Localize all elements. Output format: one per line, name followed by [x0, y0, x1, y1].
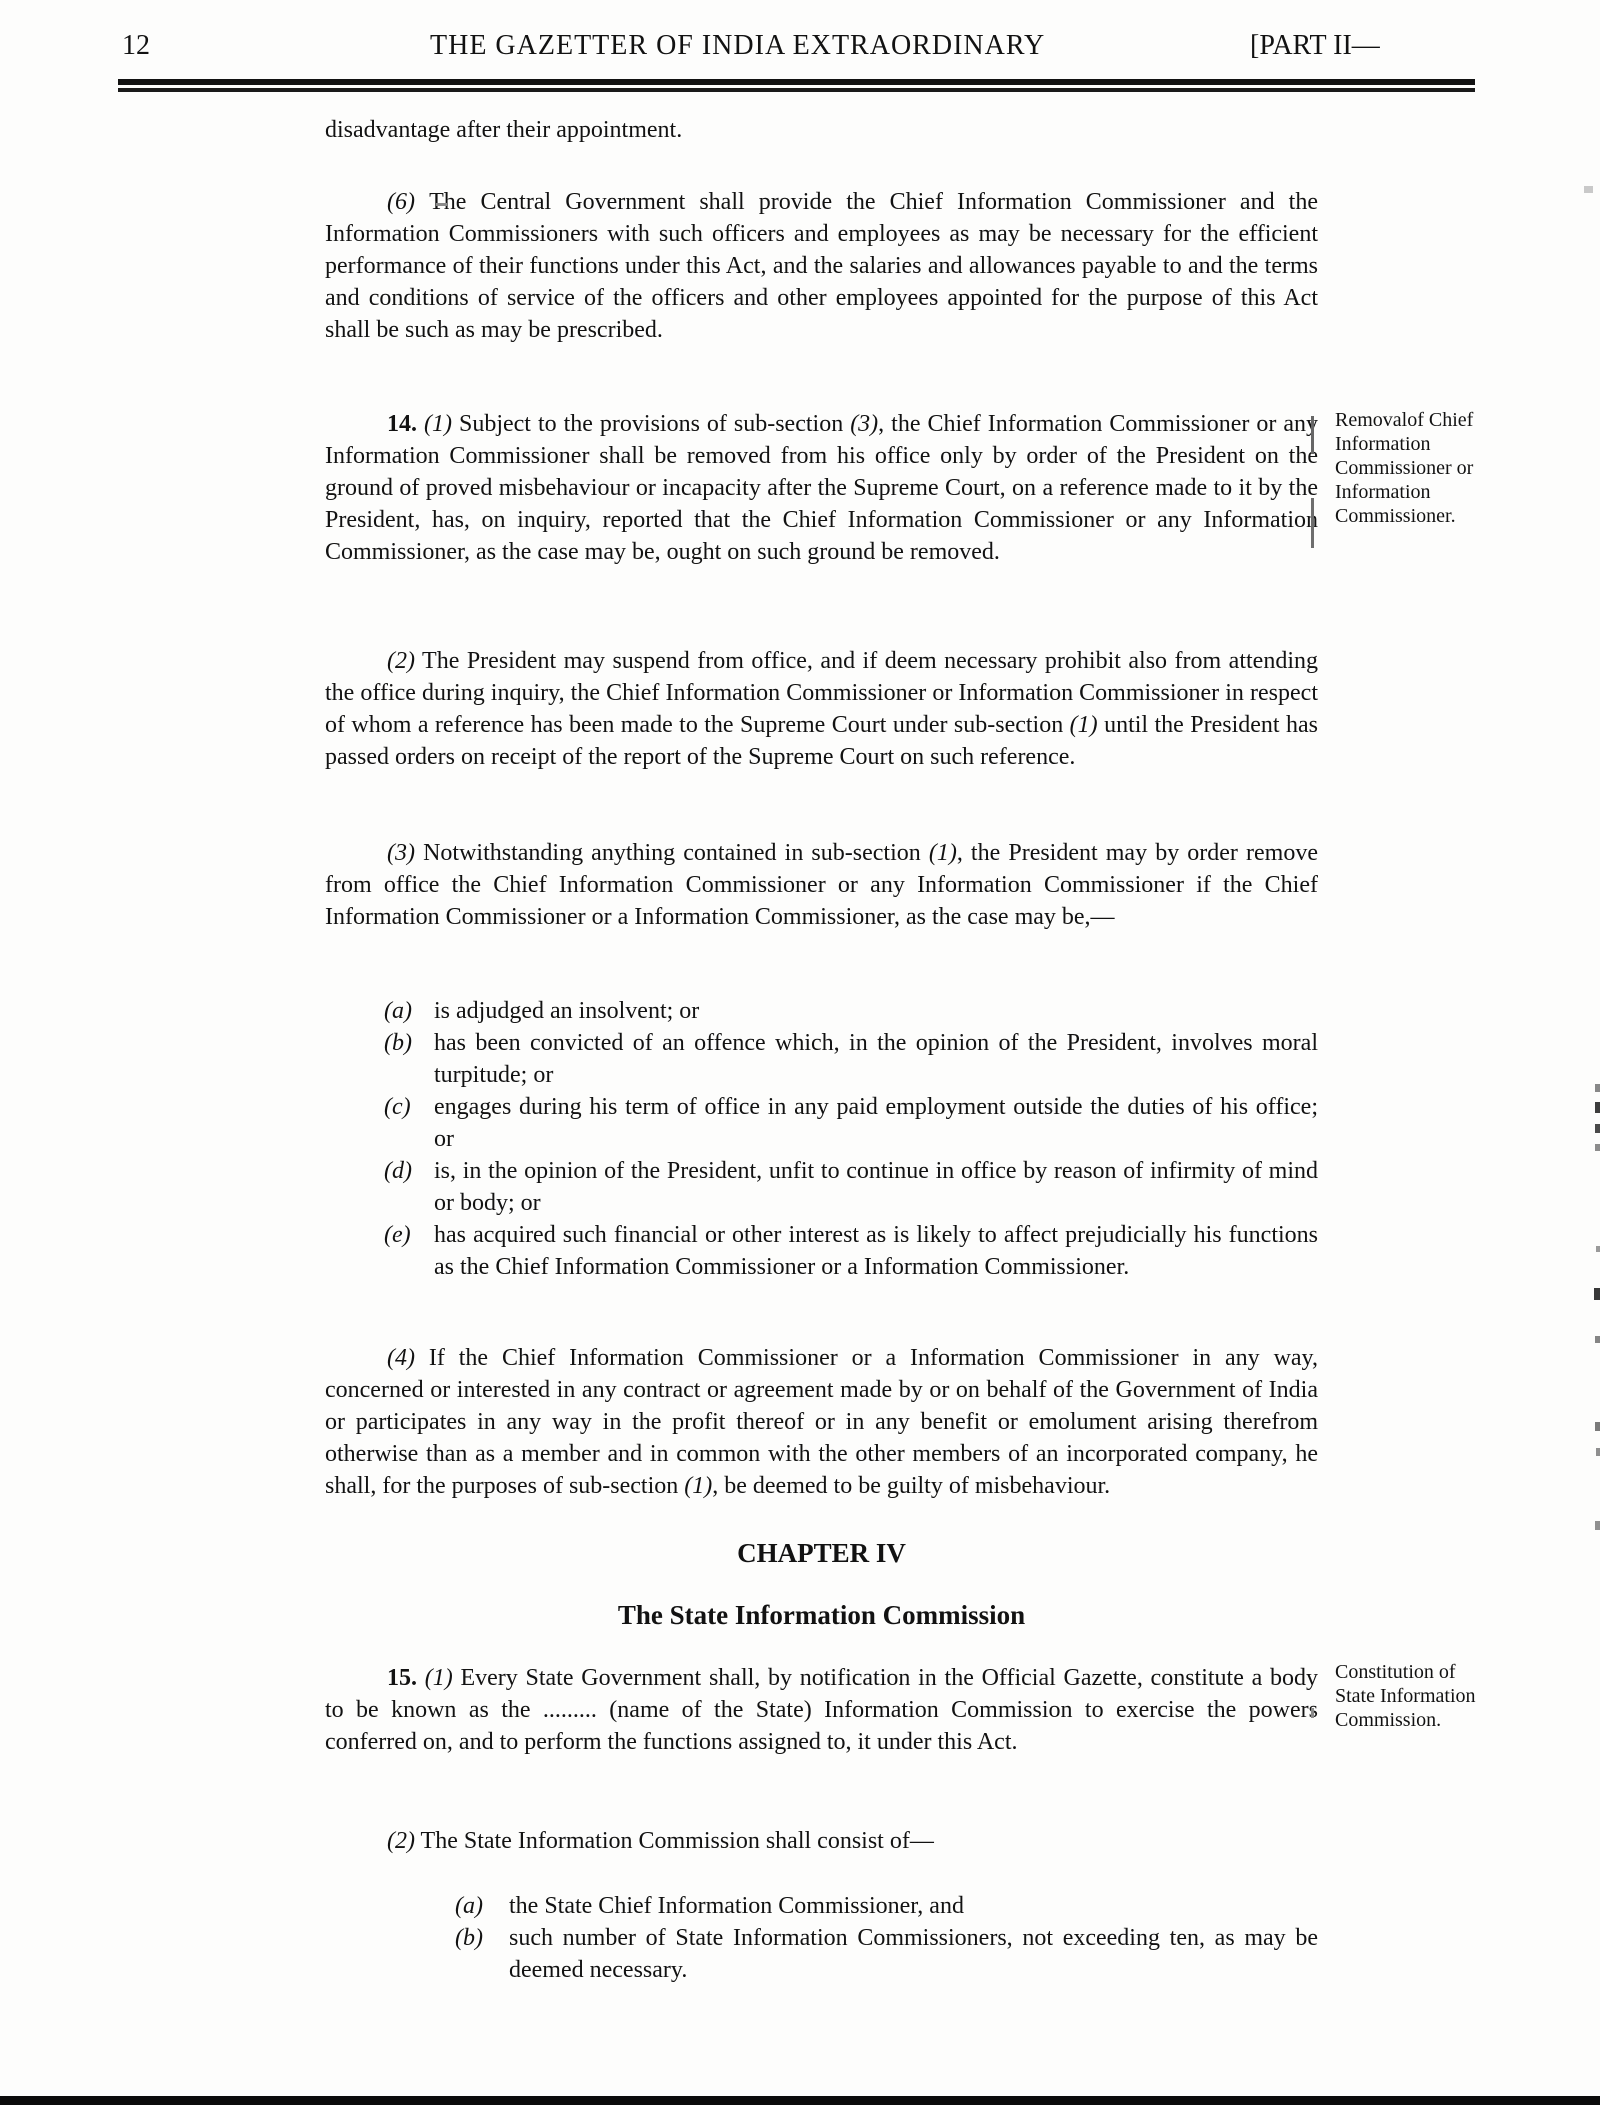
clause-letter: (c): [384, 1091, 411, 1123]
clause-text: has been convicted of an offence which, …: [434, 1030, 1318, 1088]
scan-artifact: [1596, 1246, 1600, 1252]
document-page: 12 THE GAZETTER OF INDIA EXTRAORDINARY […: [0, 0, 1600, 2105]
part-label: [PART II—: [1250, 30, 1380, 62]
scan-artifact: [1595, 1144, 1600, 1151]
scan-artifact: [1595, 1422, 1600, 1431]
list-item: (d) is, in the opinion of the President,…: [325, 1155, 1318, 1219]
clause-list-15: (a) the State Chief Information Commissi…: [325, 1890, 1318, 1986]
clause-letter: (e): [384, 1219, 411, 1251]
clause-text: such number of State Information Commiss…: [509, 1925, 1318, 1983]
scan-artifact: [436, 203, 447, 206]
scan-artifact: [1596, 1448, 1600, 1456]
scan-artifact: [1311, 1708, 1314, 1718]
scan-artifact: [1595, 1084, 1600, 1092]
scan-artifact: [1595, 1336, 1600, 1343]
margin-note-constitution: Constitution of State Information Commis…: [1335, 1660, 1499, 1732]
page-number: 12: [122, 30, 150, 62]
clause-text: is adjudged an insolvent; or: [434, 998, 699, 1024]
list-item: (a) is adjudged an insolvent; or: [325, 995, 1318, 1027]
clause-text: the State Chief Information Commissioner…: [509, 1893, 964, 1919]
paragraph-14-1: 14. (1) Subject to the provisions of sub…: [325, 408, 1318, 568]
clause-text: is, in the opinion of the President, unf…: [434, 1158, 1318, 1216]
list-item: (b) has been convicted of an offence whi…: [325, 1027, 1318, 1091]
clause-letter: (b): [455, 1922, 483, 1954]
paragraph-15-2: (2) The State Information Commission sha…: [325, 1825, 1318, 1857]
clause-letter: (a): [455, 1890, 483, 1922]
scan-artifact: [1311, 498, 1314, 548]
scan-artifact: [1595, 1124, 1600, 1133]
paragraph-continuation: disadvantage after their appointment.: [325, 114, 1318, 146]
list-item: (c) engages during his term of office in…: [325, 1091, 1318, 1155]
list-item: (a) the State Chief Information Commissi…: [325, 1890, 1318, 1922]
scan-edge-bar: [0, 2096, 1600, 2105]
clause-list-14: (a) is adjudged an insolvent; or (b) has…: [325, 995, 1318, 1283]
gazette-title: THE GAZETTER OF INDIA EXTRAORDINARY: [430, 30, 1045, 62]
clause-letter: (a): [384, 995, 412, 1027]
clause-letter: (d): [384, 1155, 412, 1187]
scan-artifact: [1594, 1288, 1600, 1300]
paragraph-6: (6) The Central Government shall provide…: [325, 186, 1318, 346]
margin-note-removal: Removalof Chief Information Commissioner…: [1335, 408, 1499, 528]
scan-artifact: [1311, 416, 1314, 454]
paragraph-14-3: (3) Notwithstanding anything contained i…: [325, 837, 1318, 933]
clause-text: engages during his term of office in any…: [434, 1094, 1318, 1152]
list-item: (b) such number of State Information Com…: [325, 1922, 1318, 1986]
clause-text: has acquired such financial or other int…: [434, 1222, 1318, 1280]
paragraph-14-4: (4) If the Chief Information Commissione…: [325, 1342, 1318, 1502]
scan-artifact: [1595, 1102, 1600, 1113]
scan-artifact: [1595, 1521, 1600, 1530]
list-item: (e) has acquired such financial or other…: [325, 1219, 1318, 1283]
header-double-rule: [118, 79, 1475, 92]
chapter-title: The State Information Commission: [325, 1600, 1318, 1631]
scan-artifact: [1584, 186, 1593, 193]
chapter-heading: CHAPTER IV: [325, 1538, 1318, 1569]
paragraph-15-1: 15. (1) Every State Government shall, by…: [325, 1662, 1318, 1758]
paragraph-14-2: (2) The President may suspend from offic…: [325, 645, 1318, 773]
clause-letter: (b): [384, 1027, 412, 1059]
